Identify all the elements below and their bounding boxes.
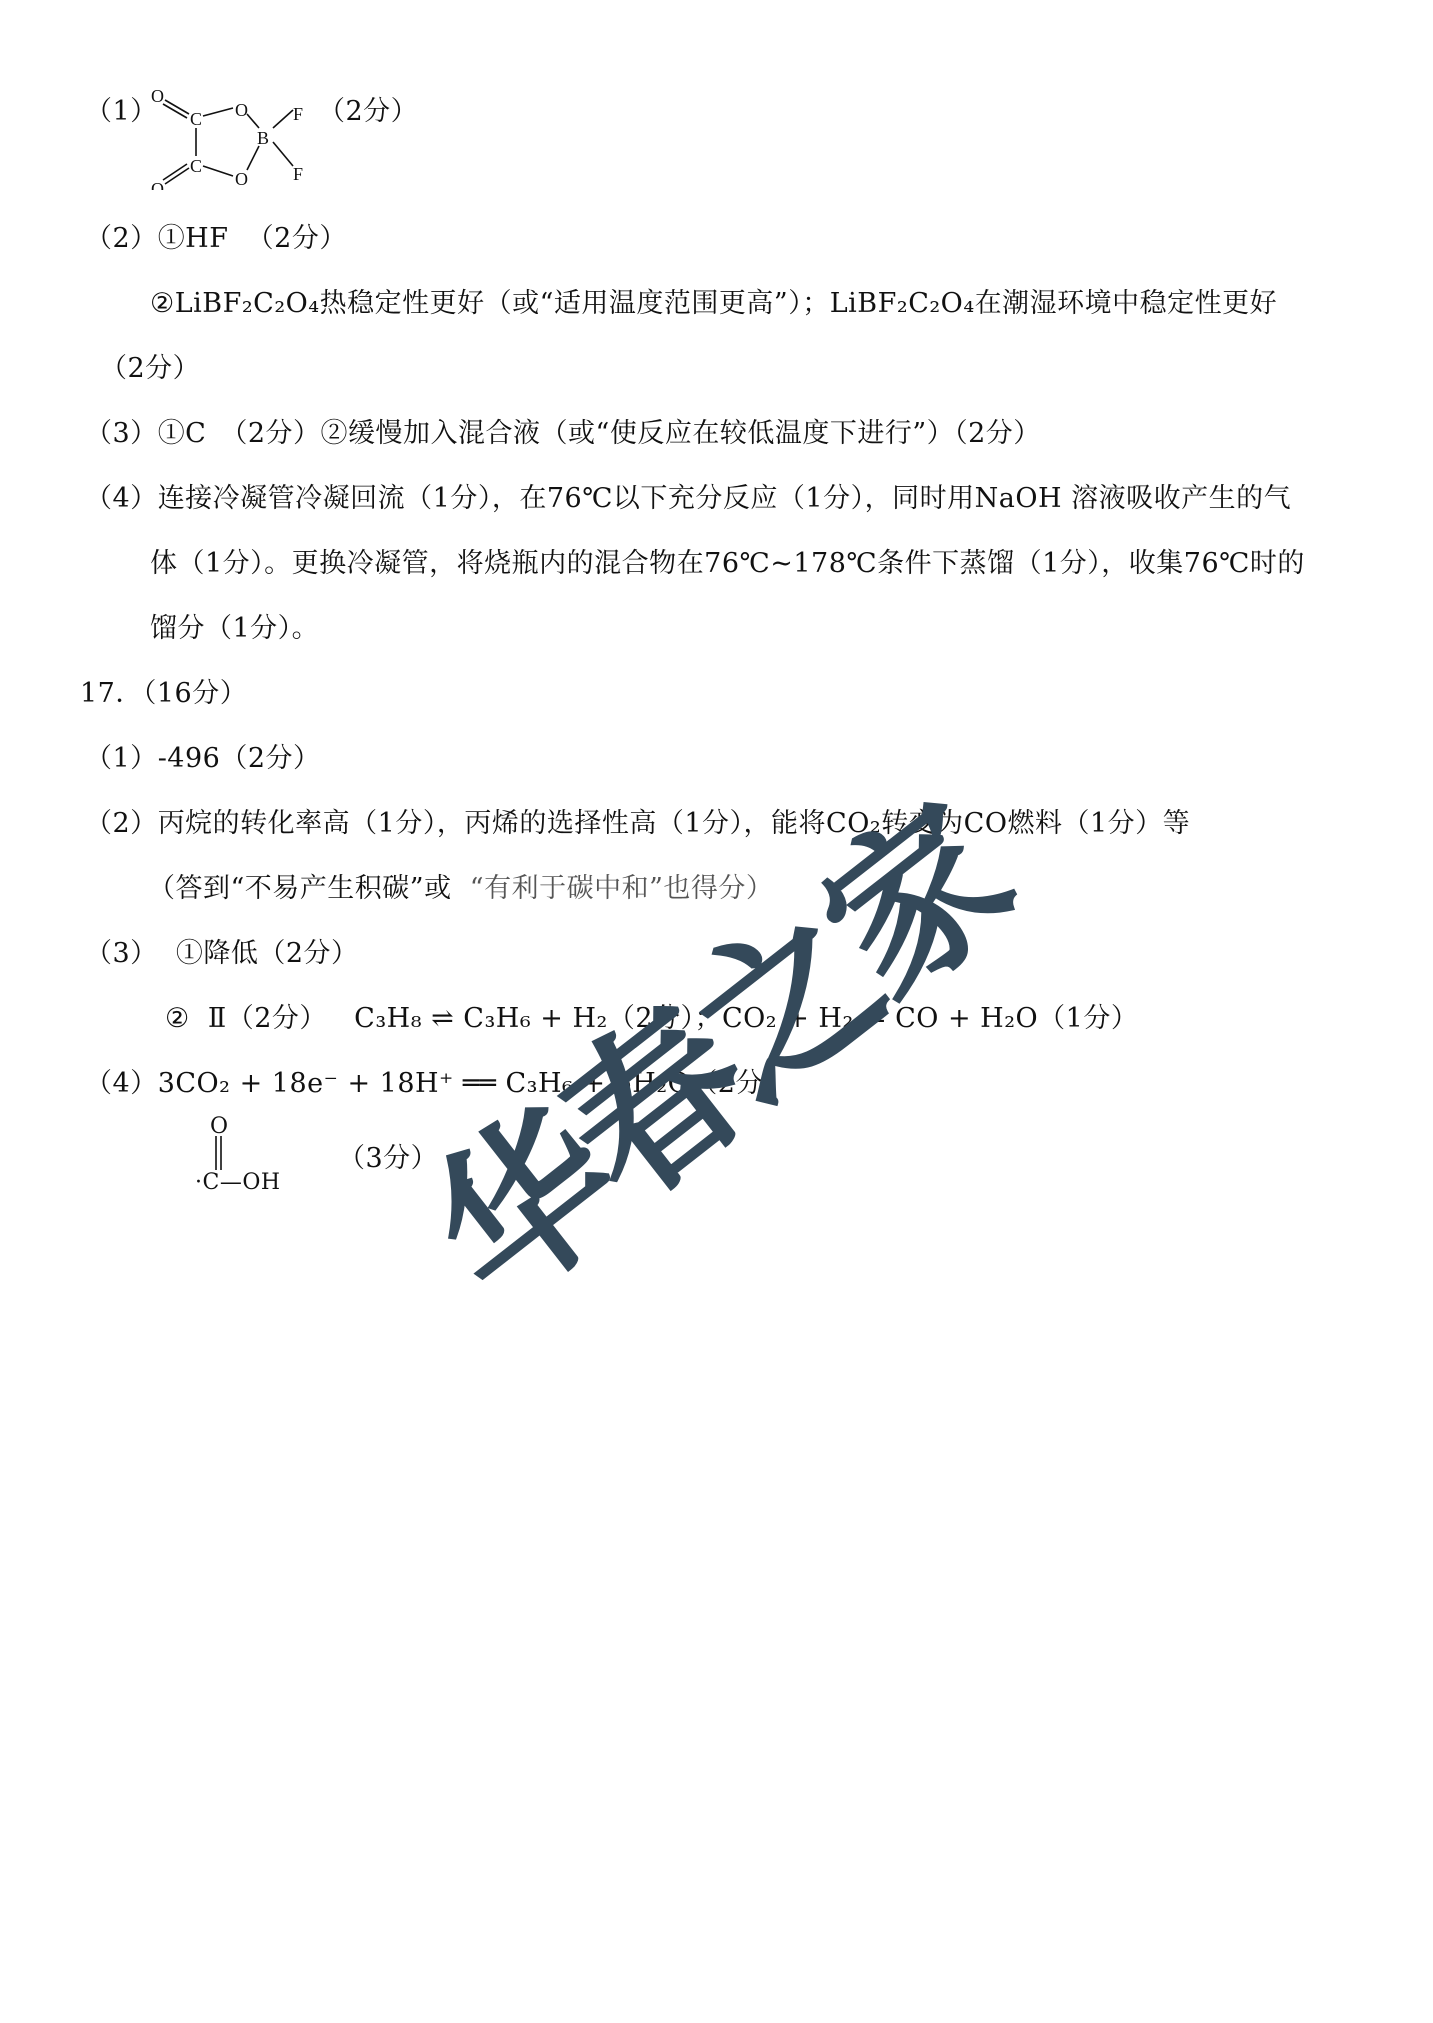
q17-p2-row1: （2）丙烷的转化率高（1分），丙烯的选择性高（1分），能将CO₂转变为CO燃料（… [85,807,1190,841]
q16-p3-row: （3）①C （2分）②缓慢加入混合液（或“使反应在较低温度下进行”）（2分） [85,417,1041,451]
q16-p2-row1: （2）①HF （2分） [85,222,347,256]
q16-p2-sub2-text-a: ②LiBF [150,288,242,319]
q16-p4-label: （4） [85,483,158,514]
q17-p3-sub2-answer: Ⅱ（2分） [208,1003,327,1034]
q17-p1-text: -496（2分） [158,743,321,774]
q16-p4-line2: 体（1分）。更换冷凝管，将烧瓶内的混合物在76℃~178℃条件下蒸馏（1分），收… [150,547,1305,581]
q17-p3-eq1: C₃H₈ ⇌ C₃H₆ + H₂（2分）； [354,1003,722,1034]
svg-text:F: F [293,164,303,184]
q16-p2-row2: ②LiBF₂C₂O₄热稳定性更好（或“适用温度范围更高”）；LiBF₂C₂O₄在… [150,287,1277,321]
q16-p4-line3: 馏分（1分）。 [150,612,319,646]
q17-p2-line2-b: “有利于碳中和”也得分） [470,873,774,904]
svg-text:F: F [293,104,303,124]
q16-p3-label: （3） [85,418,158,449]
q17-p3-sub1: ①降低（2分） [176,938,359,969]
q16-p2-sub1: ①HF [158,223,229,254]
answer-key-page: （1） O C O B F F C O O （2分） （2）①HF （2分） [0,0,1433,2023]
q17-p1-label: （1） [85,743,158,774]
q17-p3-eq2: CO₂ + H₂ ⇌ CO + H₂O（1分） [722,1003,1138,1034]
q17-p1-row: （1）-496（2分） [85,742,321,776]
q17-p3-row2: ② Ⅱ（2分） C₃H₈ ⇌ C₃H₆ + H₂（2分）；CO₂ + H₂ ⇌ … [165,1002,1138,1036]
svg-text:O: O [151,179,164,190]
q16-p2-sub2-text-c: 在潮湿环境中稳定性更好 [975,288,1278,319]
q16-p2-label: （2） [85,223,158,254]
q16-p1-score: （2分） [318,95,418,129]
q17-header: 17．（16分） [80,677,247,711]
q16-p2-sub2-formula2: ₂C₂O₄ [897,288,975,319]
q17-p2-row2: （答到“不易产生积碳”或 “有利于碳中和”也得分） [148,872,773,906]
q17-p4-score: （3分） [338,1142,438,1176]
q17-p2-line2-a: （答到“不易产生积碳”或 [148,873,452,904]
svg-text:C: C [190,109,202,129]
oxalatoborate-structure-icon: O C O B F F C O O [145,80,315,190]
carboxyl-bottom: ·C—OH [195,1166,281,1200]
q17-p3-sub2-prefix: ② [165,1003,190,1034]
q17-p3-label: （3） [85,938,158,969]
svg-text:O: O [235,100,248,120]
q17-p4-row1: （4）3CO₂ + 18e⁻ + 18H⁺ ══ C₃H₆ + 6H₂O（2分） [85,1067,790,1101]
q17-p3-row1: （3） ①降低（2分） [85,937,359,971]
q17-p4-label: （4） [85,1068,158,1099]
q17-p4-equation: 3CO₂ + 18e⁻ + 18H⁺ ══ C₃H₆ + 6H₂O（2分） [158,1068,791,1099]
svg-text:O: O [235,169,248,189]
q16-p2-sub2-formula: ₂C₂O₄ [242,288,320,319]
q17-p2-line1: 丙烷的转化率高（1分），丙烯的选择性高（1分），能将CO₂转变为CO燃料（1分）… [158,808,1190,839]
q16-p3-text: ①C （2分）②缓慢加入混合液（或“使反应在较低温度下进行”）（2分） [158,418,1041,449]
svg-text:O: O [151,86,164,106]
q16-p2-sub2-text-b: 热稳定性更好（或“适用温度范围更高”）；LiBF [320,288,897,319]
q16-p2-sub1-score: （2分） [247,223,347,254]
svg-text:C: C [190,156,202,176]
q16-p4-line1: 连接冷凝管冷凝回流（1分），在76℃以下充分反应（1分），同时用NaOH 溶液吸… [158,483,1291,514]
carboxyl-radical-structure: O ·C—OH [195,1110,305,1200]
q16-p4-row1: （4）连接冷凝管冷凝回流（1分），在76℃以下充分反应（1分），同时用NaOH … [85,482,1291,516]
q17-p2-label: （2） [85,808,158,839]
q16-p2-row3: （2分） [100,352,200,386]
svg-text:B: B [257,128,269,148]
